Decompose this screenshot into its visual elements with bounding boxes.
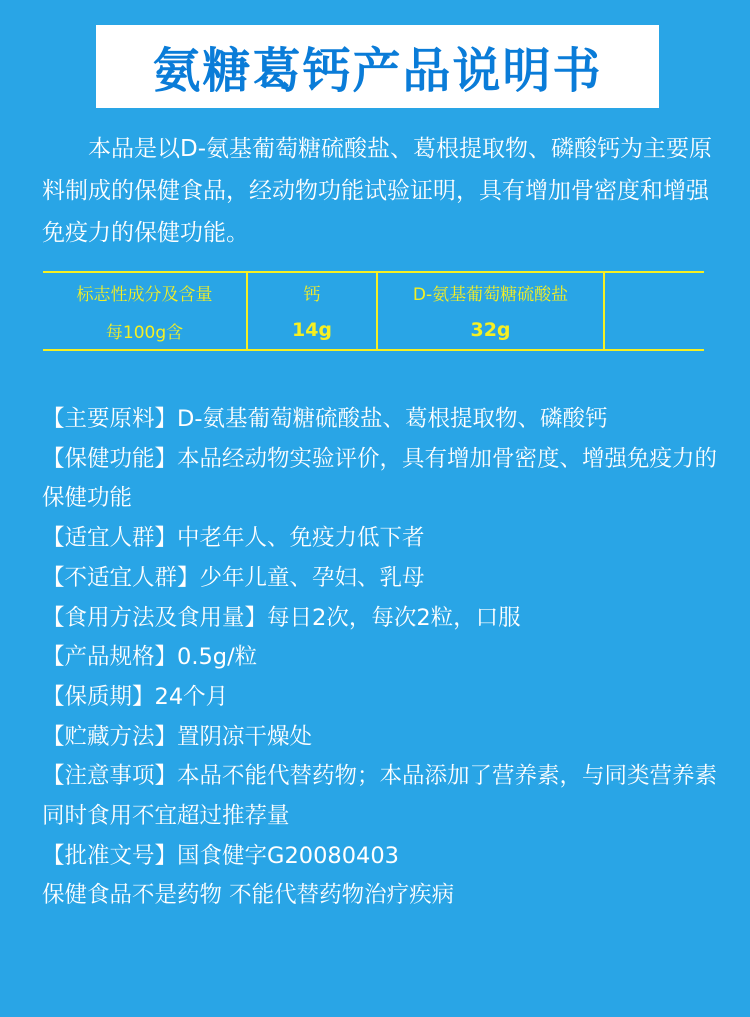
detail-value: D-氨基葡萄糖硫酸盐、葛根提取物、磷酸钙	[177, 406, 607, 432]
detail-value: 国食健字G20080403	[177, 843, 399, 869]
detail-label: 【产品规格】	[42, 644, 177, 670]
table-cell: 每100g含	[43, 311, 247, 350]
table-row: 每100g含 14g 32g	[43, 311, 704, 350]
detail-label: 【主要原料】	[42, 406, 177, 432]
detail-label: 【食用方法及食用量】	[42, 605, 267, 631]
detail-unsuitable-people: 【不适宜人群】少年儿童、孕妇、乳母	[42, 559, 722, 599]
detail-health-function: 【保健功能】本品经动物实验评价，具有增加骨密度、增强免疫力的保健功能	[42, 440, 722, 519]
intro-paragraph: 本品是以D-氨基葡萄糖硫酸盐、葛根提取物、磷酸钙为主要原料制成的保健食品，经动物…	[42, 128, 712, 254]
detail-label: 【不适宜人群】	[42, 565, 200, 591]
detail-value: 少年儿童、孕妇、乳母	[200, 565, 425, 591]
detail-value: 24个月	[155, 684, 229, 710]
detail-label: 【批准文号】	[42, 843, 177, 869]
detail-precautions: 【注意事项】本品不能代替药物；本品添加了营养素，与同类营养素同时食用不宜超过推荐…	[42, 757, 722, 836]
detail-value: 置阴凉干燥处	[177, 724, 312, 750]
detail-label: 【贮藏方法】	[42, 724, 177, 750]
detail-shelf-life: 【保质期】24个月	[42, 678, 722, 718]
details-section: 【主要原料】D-氨基葡萄糖硫酸盐、葛根提取物、磷酸钙 【保健功能】本品经动物实验…	[42, 400, 722, 916]
detail-label: 【注意事项】	[42, 763, 177, 789]
detail-storage: 【贮藏方法】置阴凉干燥处	[42, 718, 722, 758]
detail-value: 0.5g/粒	[177, 644, 257, 670]
detail-label: 【保质期】	[42, 684, 155, 710]
detail-suitable-people: 【适宜人群】中老年人、免疫力低下者	[42, 519, 722, 559]
table-header-cell	[604, 272, 704, 311]
detail-value: 保健食品不是药物 不能代替药物治疗疾病	[42, 882, 454, 908]
detail-label: 【适宜人群】	[42, 525, 177, 551]
detail-label: 【保健功能】	[42, 446, 177, 472]
detail-specification: 【产品规格】0.5g/粒	[42, 638, 722, 678]
detail-dosage: 【食用方法及食用量】每日2次，每次2粒，口服	[42, 599, 722, 639]
detail-main-ingredients: 【主要原料】D-氨基葡萄糖硫酸盐、葛根提取物、磷酸钙	[42, 400, 722, 440]
detail-value: 中老年人、免疫力低下者	[177, 525, 425, 551]
table-header-cell: 标志性成分及含量	[43, 272, 247, 311]
detail-approval-number: 【批准文号】国食健字G20080403	[42, 837, 722, 877]
disclaimer: 保健食品不是药物 不能代替药物治疗疾病	[42, 876, 722, 916]
table-cell	[604, 311, 704, 350]
table-row: 标志性成分及含量 钙 D-氨基葡萄糖硫酸盐	[43, 272, 704, 311]
ingredient-table: 标志性成分及含量 钙 D-氨基葡萄糖硫酸盐 每100g含 14g 32g	[43, 271, 704, 351]
table-cell: 14g	[247, 311, 377, 350]
detail-value: 每日2次，每次2粒，口服	[267, 605, 521, 631]
page-title: 氨糖葛钙产品说明书	[152, 32, 602, 101]
title-banner: 氨糖葛钙产品说明书	[96, 25, 659, 108]
table-header-cell: 钙	[247, 272, 377, 311]
intro-section: 本品是以D-氨基葡萄糖硫酸盐、葛根提取物、磷酸钙为主要原料制成的保健食品，经动物…	[42, 128, 712, 254]
table-header-cell: D-氨基葡萄糖硫酸盐	[377, 272, 604, 311]
table-cell: 32g	[377, 311, 604, 350]
